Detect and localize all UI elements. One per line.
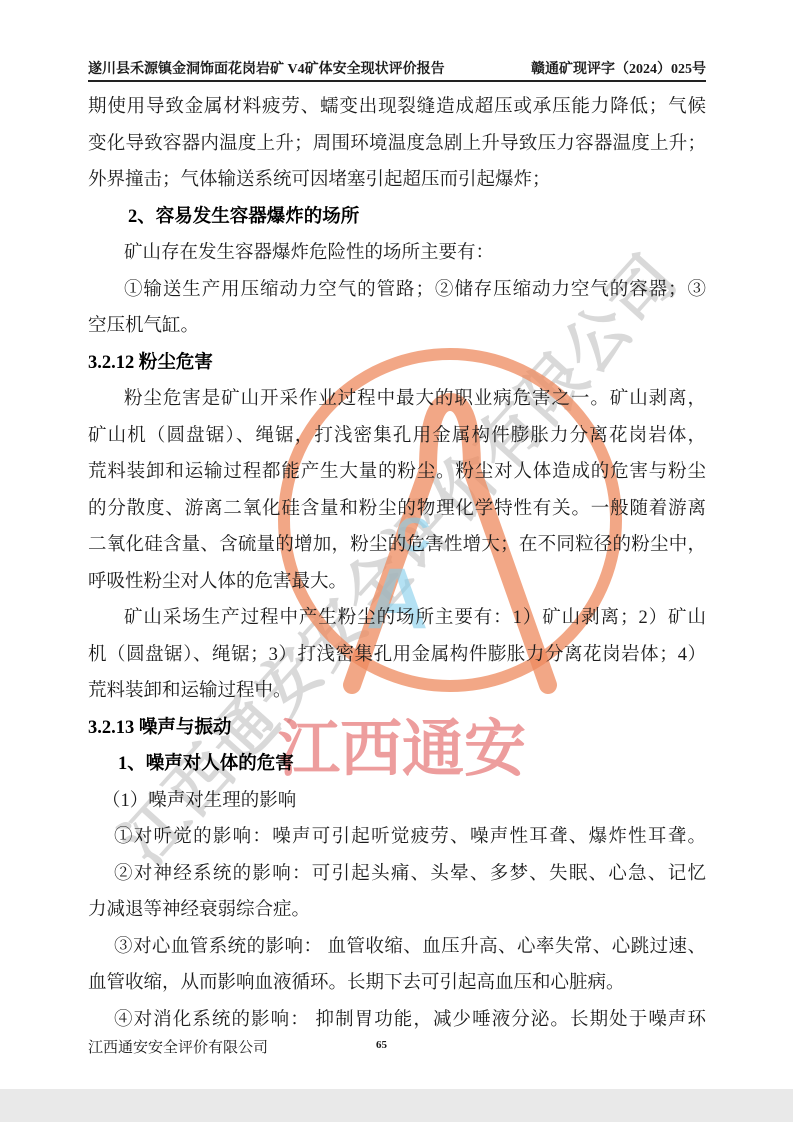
body-line: 2、容易发生容器爆炸的场所	[88, 199, 706, 236]
body-line: 粉尘危害是矿山开采作业过程中最大的职业病危害之一。矿山剥离，	[88, 381, 706, 418]
body-line: 矿山采场生产过程中产生粉尘的场所主要有：1）矿山剥离；2）矿山	[88, 600, 706, 637]
document-page: 江西通安安全评价有限公司 C A 江西通安 遂川县禾源镇金洞饰面花岗岩矿 V4矿…	[0, 0, 793, 1089]
page-header: 遂川县禾源镇金洞饰面花岗岩矿 V4矿体安全现状评价报告 赣通矿现评字（2024）…	[88, 56, 706, 78]
body-line: 的分散度、游离二氧化硅含量和粉尘的物理化学特性有关。一般随着游离	[88, 491, 706, 528]
body-line: 荒料装卸和运输过程都能产生大量的粉尘。粉尘对人体造成的危害与粉尘	[88, 454, 706, 491]
body-line: 呼吸性粉尘对人体的危害最大。	[88, 564, 706, 601]
body-line: ①输送生产用压缩动力空气的管路；②储存压缩动力空气的容器；③	[88, 272, 706, 309]
body-line: 外界撞击；气体输送系统可因堵塞引起超压而引起爆炸；	[88, 162, 706, 199]
body-line: 空压机气缸。	[88, 308, 706, 345]
footer-company-name: 江西通安安全评价有限公司	[88, 1036, 268, 1057]
header-document-number: 赣通矿现评字（2024）025号	[531, 58, 706, 78]
body-line: ①对听觉的影响：噪声可引起听觉疲劳、噪声性耳聋、爆炸性耳聋。	[88, 819, 706, 856]
body-line: 血管收缩，从而影响血液循环。长期下去可引起高血压和心脏病。	[88, 965, 706, 1002]
body-line: ②对神经系统的影响：可引起头痛、头晕、多梦、失眠、心急、记忆	[88, 856, 706, 893]
body-line: （1）噪声对生理的影响	[88, 783, 706, 820]
body-line: ④对消化系统的影响： 抑制胃功能，减少唾液分泌。长期处于噪声环	[88, 1002, 706, 1039]
body-line: 荒料装卸和运输过程中。	[88, 673, 706, 710]
body-line: 力减退等神经衰弱综合症。	[88, 892, 706, 929]
body-line: 期使用导致金属材料疲劳、蠕变出现裂缝造成超压或承压能力降低；气候	[88, 89, 706, 126]
page-bottom-background	[0, 1089, 793, 1122]
body-line: 矿山存在发生容器爆炸危险性的场所主要有：	[88, 235, 706, 272]
body-line: 矿山机（圆盘锯）、绳锯，打浅密集孔用金属构件膨胀力分离花岗岩体，	[88, 418, 706, 455]
body-line: ③对心血管系统的影响： 血管收缩、血压升高、心率失常、心跳过速、	[88, 929, 706, 966]
body-line: 二氧化硅含量、含硫量的增加，粉尘的危害性增大；在不同粒径的粉尘中，	[88, 527, 706, 564]
body-line: 3.2.13 噪声与振动	[88, 710, 706, 747]
body-line: 变化导致容器内温度上升；周围环境温度急剧上升导致压力容器温度上升；	[88, 126, 706, 163]
page-footer: 江西通安安全评价有限公司 65	[88, 1036, 706, 1058]
body-line: 3.2.12 粉尘危害	[88, 345, 706, 382]
body-line: 1、噪声对人体的危害	[88, 746, 706, 783]
header-report-title: 遂川县禾源镇金洞饰面花岗岩矿 V4矿体安全现状评价报告	[88, 58, 445, 78]
body-line: 机（圆盘锯）、绳锯；3）打浅密集孔用金属构件膨胀力分离花岗岩体；4）	[88, 637, 706, 674]
header-rule	[88, 80, 706, 82]
page-number: 65	[376, 1039, 387, 1051]
body-lines: 期使用导致金属材料疲劳、蠕变出现裂缝造成超压或承压能力降低；气候变化导致容器内温…	[88, 89, 706, 1038]
